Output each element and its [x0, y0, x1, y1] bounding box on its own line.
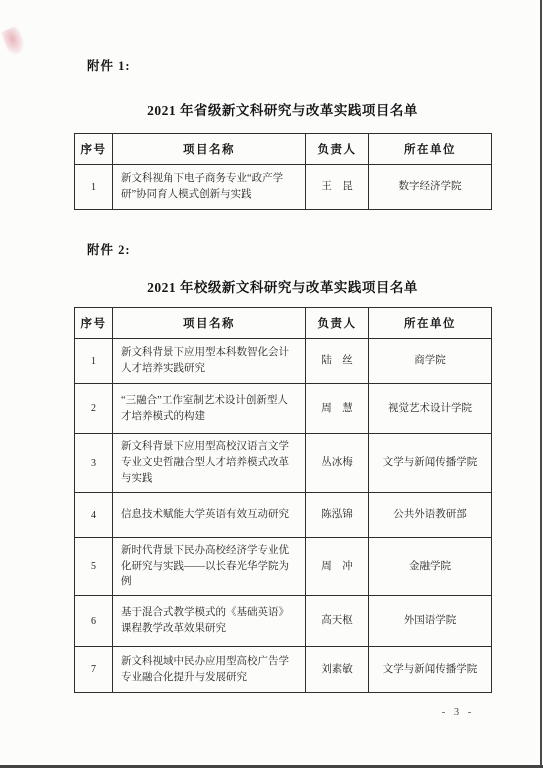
- cell-seq: 6: [75, 596, 113, 647]
- cell-unit: 商学院: [369, 339, 492, 384]
- scanned-page: 附件 1: 2021 年省级新文科研究与改革实践项目名单 序号 项目名称 负责人…: [0, 0, 543, 768]
- school-projects-table: 序号 项目名称 负责人 所在单位 1 新文科背景下应用型本科数智化会计人才培养实…: [74, 307, 492, 693]
- cell-project: 新时代背景下民办高校经济学专业优化研究与实践——以长春光华学院为例: [113, 538, 306, 596]
- col-header-project: 项目名称: [113, 134, 306, 165]
- cell-unit: 公共外语教研部: [369, 493, 492, 538]
- cell-project: 新文科视角下电子商务专业“政产学研”协同育人模式创新与实践: [113, 165, 306, 210]
- cell-project: 基于混合式教学模式的《基础英语》课程教学改革效果研究: [113, 596, 306, 647]
- cell-seq: 1: [75, 339, 113, 384]
- scan-edge-right: [540, 0, 542, 768]
- cell-leader: 丛冰梅: [306, 434, 369, 493]
- col-header-leader: 负责人: [306, 308, 369, 339]
- cell-unit: 视觉艺术设计学院: [369, 384, 492, 434]
- cell-seq: 3: [75, 434, 113, 493]
- red-stamp-mark: [1, 26, 27, 57]
- col-header-project: 项目名称: [113, 308, 306, 339]
- table-row: 5 新时代背景下民办高校经济学专业优化研究与实践——以长春光华学院为例 周 冲 …: [75, 538, 492, 596]
- cell-unit: 数字经济学院: [369, 165, 492, 210]
- cell-seq: 2: [75, 384, 113, 434]
- cell-leader: 王 昆: [306, 165, 369, 210]
- attachment2-label: 附件 2:: [87, 240, 131, 258]
- cell-leader: 周 冲: [306, 538, 369, 596]
- table-row: 1 新文科视角下电子商务专业“政产学研”协同育人模式创新与实践 王 昆 数字经济…: [75, 165, 492, 210]
- cell-project: “三融合”工作室制艺术设计创新型人才培养模式的构建: [113, 384, 306, 434]
- cell-seq: 1: [75, 165, 113, 210]
- school-list-title: 2021 年校级新文科研究与改革实践项目名单: [74, 276, 491, 296]
- col-header-unit: 所在单位: [369, 308, 492, 339]
- cell-seq: 4: [75, 493, 113, 538]
- cell-unit: 文学与新闻传播学院: [369, 434, 492, 493]
- attachment1-label: 附件 1:: [87, 56, 131, 74]
- cell-leader: 高天枢: [306, 596, 369, 647]
- cell-project: 新文科视域中民办应用型高校广告学专业融合化提升与发展研究: [113, 647, 306, 693]
- cell-project: 信息技术赋能大学英语有效互动研究: [113, 493, 306, 538]
- col-header-seq: 序号: [75, 308, 113, 339]
- table-row: 3 新文科背景下应用型高校汉语言文学专业文史哲融合型人才培养模式改革与实践 丛冰…: [75, 434, 492, 493]
- cell-project: 新文科背景下应用型高校汉语言文学专业文史哲融合型人才培养模式改革与实践: [113, 434, 306, 493]
- cell-leader: 陆 丝: [306, 339, 369, 384]
- table1-header-row: 序号 项目名称 负责人 所在单位: [75, 134, 492, 165]
- table-row: 6 基于混合式教学模式的《基础英语》课程教学改革效果研究 高天枢 外国语学院: [75, 596, 492, 647]
- col-header-unit: 所在单位: [369, 134, 492, 165]
- provincial-list-title: 2021 年省级新文科研究与改革实践项目名单: [74, 99, 491, 119]
- cell-unit: 文学与新闻传播学院: [369, 647, 492, 693]
- table-row: 7 新文科视域中民办应用型高校广告学专业融合化提升与发展研究 刘素敏 文学与新闻…: [75, 647, 492, 693]
- table-row: 2 “三融合”工作室制艺术设计创新型人才培养模式的构建 周 慧 视觉艺术设计学院: [75, 384, 492, 434]
- cell-leader: 周 慧: [306, 384, 369, 434]
- cell-leader: 陈泓锦: [306, 493, 369, 538]
- cell-seq: 7: [75, 647, 113, 693]
- cell-seq: 5: [75, 538, 113, 596]
- cell-unit: 外国语学院: [369, 596, 492, 647]
- table2-header-row: 序号 项目名称 负责人 所在单位: [75, 308, 492, 339]
- page-number: - 3 -: [428, 707, 488, 718]
- table-row: 1 新文科背景下应用型本科数智化会计人才培养实践研究 陆 丝 商学院: [75, 339, 492, 384]
- cell-unit: 金融学院: [369, 538, 492, 596]
- col-header-seq: 序号: [75, 134, 113, 165]
- cell-leader: 刘素敏: [306, 647, 369, 693]
- col-header-leader: 负责人: [306, 134, 369, 165]
- provincial-projects-table: 序号 项目名称 负责人 所在单位 1 新文科视角下电子商务专业“政产学研”协同育…: [74, 133, 492, 210]
- cell-project: 新文科背景下应用型本科数智化会计人才培养实践研究: [113, 339, 306, 384]
- table-row: 4 信息技术赋能大学英语有效互动研究 陈泓锦 公共外语教研部: [75, 493, 492, 538]
